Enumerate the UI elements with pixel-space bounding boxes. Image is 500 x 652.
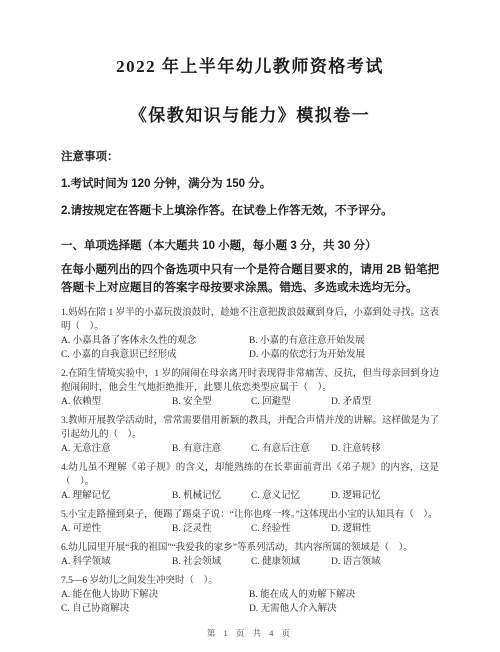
option-A: A. 无意注意 bbox=[61, 442, 172, 456]
option-A: A. 理解记忆 bbox=[61, 489, 172, 503]
options-row: A. 无意注意B. 有意注意C. 有意后注意D. 注意转移 bbox=[61, 442, 439, 456]
notice-item-1: 1.考试时间为 120 分钟，满分为 150 分。 bbox=[61, 177, 439, 191]
option-A: A. 能在他人协助下解决 bbox=[61, 588, 249, 602]
question-1: 1.妈妈在陪 1 岁半的小嘉玩拨浪鼓时，趁她不注意把拨浪鼓藏到身后，小嘉到处寻找… bbox=[61, 306, 439, 362]
question-list: 1.妈妈在陪 1 岁半的小嘉玩拨浪鼓时，趁她不注意把拨浪鼓藏到身后，小嘉到处寻找… bbox=[61, 306, 439, 616]
option-B: B. 安全型 bbox=[172, 395, 251, 409]
option-D: D. 无需他人介入解决 bbox=[249, 602, 439, 616]
options-row: A. 理解记忆B. 机械记忆C. 意义记忆D. 逻辑记忆 bbox=[61, 489, 439, 503]
option-C: C. 经验性 bbox=[251, 522, 331, 536]
option-C: C. 自己协商解决 bbox=[61, 602, 249, 616]
question-stem: 3.教师开展教学活动时，常常需要借用新颖的教具，并配合声情并茂的讲解。这样做是为… bbox=[61, 414, 439, 442]
option-B: B. 机械记忆 bbox=[172, 489, 251, 503]
option-D: D. 矛盾型 bbox=[331, 395, 439, 409]
option-B: B. 有意注意 bbox=[172, 442, 251, 456]
option-B: B. 能在成人的劝解下解决 bbox=[249, 588, 439, 602]
question-2: 2.在陌生情境实验中，1 岁的闹闹在母亲离开时表现得非常痛苦、反抗，但当母亲回到… bbox=[61, 367, 439, 409]
option-D: D. 逻辑性 bbox=[331, 522, 439, 536]
section-instruction: 在每小题列出的四个备选项中只有一个是符合题目要求的，请用 2B 铅笔把答题卡上对… bbox=[61, 262, 439, 297]
option-C: C. 小嘉的自我意识已经形成 bbox=[61, 348, 249, 362]
section-heading: 一、单项选择题（本大题共 10 小题，每小题 3 分，共 30 分） bbox=[61, 239, 439, 253]
exam-paper-page: 2022 年上半年幼儿教师资格考试 《保教知识与能力》模拟卷一 注意事项： 1.… bbox=[0, 0, 500, 652]
option-B: B. 社会领域 bbox=[172, 555, 251, 569]
option-C: C. 健康领域 bbox=[251, 555, 331, 569]
option-A: A. 科学领域 bbox=[61, 555, 172, 569]
question-3: 3.教师开展教学活动时，常常需要借用新颖的教具，并配合声情并茂的讲解。这样做是为… bbox=[61, 414, 439, 456]
option-B: B. 小嘉的有意注意开始发展 bbox=[249, 334, 439, 348]
question-4: 4.幼儿虽不理解《弟子规》的含义，却能熟练的在长辈面前背出《弟子规》的内容，这是… bbox=[61, 461, 439, 503]
question-stem: 6.幼儿园里开展“我的祖国”“我爱我的家乡”等系列活动，其内容所属的领域是（ ）… bbox=[61, 541, 439, 555]
options-row: A. 可逆性B. 泛灵性C. 经验性D. 逻辑性 bbox=[61, 522, 439, 536]
question-7: 7.5—6 岁幼儿之间发生冲突时（ ）。A. 能在他人协助下解决B. 能在成人的… bbox=[61, 574, 439, 616]
question-6: 6.幼儿园里开展“我的祖国”“我爱我的家乡”等系列活动，其内容所属的领域是（ ）… bbox=[61, 541, 439, 569]
notice-item-2: 2.请按规定在答题卡上填涂作答。在试卷上作答无效，不予评分。 bbox=[61, 204, 439, 218]
question-stem: 2.在陌生情境实验中，1 岁的闹闹在母亲离开时表现得非常痛苦、反抗，但当母亲回到… bbox=[61, 367, 439, 395]
exam-title-line1: 2022 年上半年幼儿教师资格考试 bbox=[61, 56, 439, 78]
option-C: C. 有意后注意 bbox=[251, 442, 331, 456]
option-D: D. 小嘉的依恋行为开始发展 bbox=[249, 348, 439, 362]
options-row: A. 科学领域B. 社会领域C. 健康领域D. 语言领域 bbox=[61, 555, 439, 569]
option-A: A. 小嘉具备了客体永久性的观念 bbox=[61, 334, 249, 348]
option-A: A. 可逆性 bbox=[61, 522, 172, 536]
option-D: D. 逻辑记忆 bbox=[331, 489, 439, 503]
question-stem: 4.幼儿虽不理解《弟子规》的含义，却能熟练的在长辈面前背出《弟子规》的内容，这是… bbox=[61, 461, 439, 489]
option-C: C. 意义记忆 bbox=[251, 489, 331, 503]
question-stem: 7.5—6 岁幼儿之间发生冲突时（ ）。 bbox=[61, 574, 439, 588]
option-B: B. 泛灵性 bbox=[172, 522, 251, 536]
notice-heading: 注意事项： bbox=[61, 150, 439, 164]
option-A: A. 依赖型 bbox=[61, 395, 172, 409]
options-row: A. 小嘉具备了客体永久性的观念B. 小嘉的有意注意开始发展C. 小嘉的自我意识… bbox=[61, 334, 439, 362]
page-number: 第 1 页 共 4 页 bbox=[0, 627, 500, 639]
option-D: D. 注意转移 bbox=[331, 442, 439, 456]
options-row: A. 能在他人协助下解决B. 能在成人的劝解下解决C. 自己协商解决D. 无需他… bbox=[61, 588, 439, 616]
options-row: A. 依赖型B. 安全型C. 回避型D. 矛盾型 bbox=[61, 395, 439, 409]
exam-title-line2: 《保教知识与能力》模拟卷一 bbox=[61, 105, 439, 127]
option-D: D. 语言领域 bbox=[331, 555, 439, 569]
question-5: 5.小宝走路撞到桌子，便踢了踢桌子说：“让你也疼一疼。”这体现出小宝的认知具有（… bbox=[61, 508, 439, 536]
question-stem: 5.小宝走路撞到桌子，便踢了踢桌子说：“让你也疼一疼。”这体现出小宝的认知具有（… bbox=[61, 508, 439, 522]
question-stem: 1.妈妈在陪 1 岁半的小嘉玩拨浪鼓时，趁她不注意把拨浪鼓藏到身后，小嘉到处寻找… bbox=[61, 306, 439, 334]
option-C: C. 回避型 bbox=[251, 395, 331, 409]
